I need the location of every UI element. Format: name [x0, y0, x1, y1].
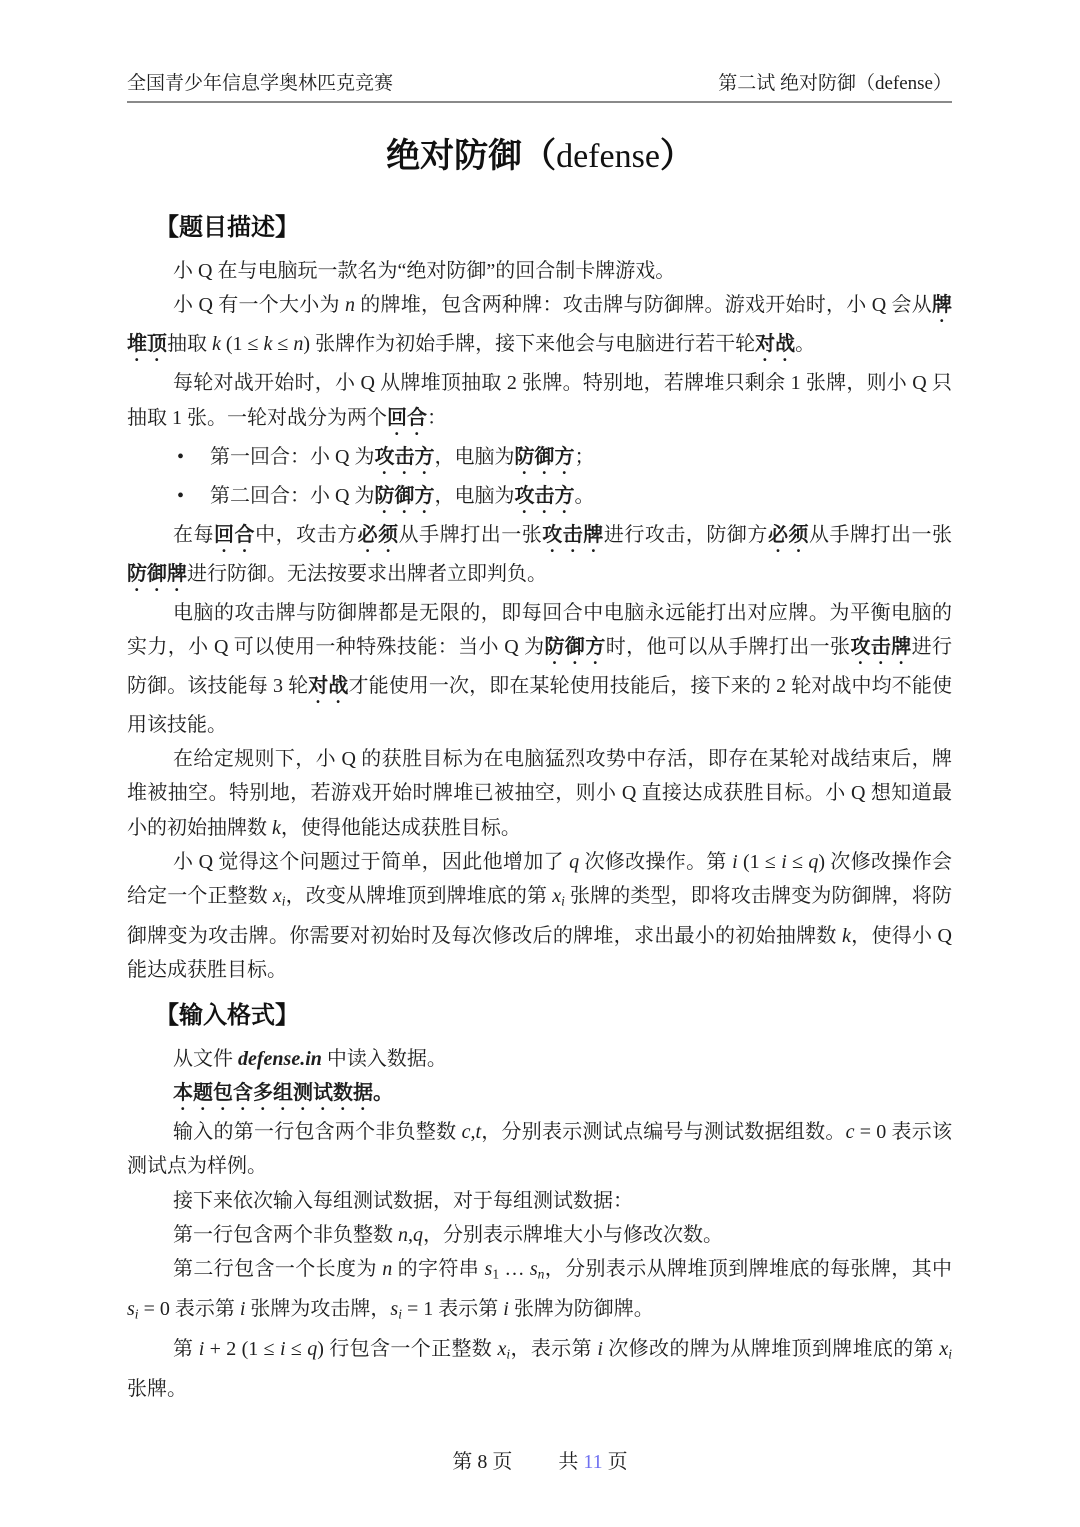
text-run: 防御牌: [127, 563, 187, 585]
text-run: ): [317, 1338, 324, 1360]
text-run: 3: [273, 675, 283, 697]
list-item: •第二回合：小 Q 为防御方，电脑为攻击方。: [127, 479, 952, 518]
text-run: ，分别表示牌堆大小与修改次数。: [423, 1224, 723, 1246]
text-run: ≤: [787, 851, 809, 873]
text-run: ；: [574, 446, 594, 468]
text-run: 回合: [387, 407, 427, 429]
text-run: (1 ≤: [738, 851, 782, 873]
text-run: n: [398, 1224, 408, 1246]
text-run: 对战: [755, 333, 795, 355]
text-run: 输入的第一行包含两个非负整数: [173, 1121, 462, 1143]
text-run: 第二行包含一个长度为: [173, 1258, 382, 1280]
text-run: 2: [507, 372, 517, 394]
document-sections: 【题目描述】小 Q 在与电脑玩一款名为“绝对防御”的回合制卡牌游戏。小 Q 有一…: [127, 212, 952, 1406]
section-heading: 【题目描述】: [127, 212, 952, 244]
text-run: + 2 (1 ≤: [204, 1338, 280, 1360]
text-run: 小 Q 在与电脑玩一款名为“绝对防御”的回合制卡牌游戏。: [173, 260, 675, 282]
footer-page-number: 第 8 页: [452, 1449, 512, 1475]
text-run: 绝对防御（: [386, 137, 556, 175]
text-run: 的牌堆，包含两种牌：攻击牌与防御牌。游戏开始时，小 Q 会从: [355, 294, 932, 316]
text-run: 行包含一个正整数: [324, 1338, 498, 1360]
list-item: •第一回合：小 Q 为攻击方，电脑为防御方；: [127, 440, 952, 479]
text-run: 次修改操作。第: [579, 851, 732, 873]
paragraph: 在给定规则下，小 Q 的获胜目标为在电脑猛烈攻势中存活，即存在某轮对战结束后，牌…: [127, 742, 952, 845]
footer-total-suffix: 页: [603, 1451, 628, 1473]
paragraph: 小 Q 在与电脑玩一款名为“绝对防御”的回合制卡牌游戏。: [127, 254, 952, 288]
document-page: 全国青少年信息学奥林匹克竞赛 第二试 绝对防御（defense） 绝对防御（de…: [0, 0, 1080, 1527]
text-run: ，表示第: [510, 1338, 597, 1360]
section-heading: 【输入格式】: [127, 1000, 952, 1032]
text-run: 回合: [214, 524, 255, 546]
text-run: 次修改的牌为从牌堆顶到牌堆底的第: [603, 1338, 939, 1360]
text-run: 才能使用一次，即在某轮使用技能后，接下来的: [348, 675, 776, 697]
text-run: 第二回合：小 Q 为: [210, 485, 374, 507]
text-run: 第: [173, 1338, 199, 1360]
text-run: 2: [776, 675, 786, 697]
text-run: x: [552, 885, 561, 907]
text-run: k: [272, 817, 281, 839]
text-run: k: [212, 333, 221, 355]
text-run: = 0: [139, 1298, 170, 1320]
text-run: ，电脑为: [434, 485, 514, 507]
text-run: ≤: [272, 333, 293, 355]
text-run: = 1: [402, 1298, 433, 1320]
text-run: 的字符串: [392, 1258, 484, 1280]
text-run: 轮: [283, 675, 308, 697]
text-run: 张。一轮对战分为两个: [182, 407, 387, 429]
text-run: 第一行包含两个非负整数: [173, 1224, 398, 1246]
text-run: q: [569, 851, 579, 873]
text-run: 中读入数据。: [322, 1048, 447, 1070]
text-run: 接下来依次输入每组测试数据，对于每组测试数据：: [173, 1190, 633, 1212]
page-footer: 第 8 页 共 11 页: [0, 1449, 1080, 1475]
paragraph: 输入的第一行包含两个非负整数 c,t，分别表示测试点编号与测试数据组数。c = …: [127, 1115, 952, 1184]
text-run: ）: [660, 137, 694, 175]
text-run: q: [307, 1338, 317, 1360]
text-run: 进行攻击，防御方: [604, 524, 768, 546]
bullet-list: •第一回合：小 Q 为攻击方，电脑为防御方；•第二回合：小 Q 为防御方，电脑为…: [127, 440, 952, 518]
text-run: 表示第: [433, 1298, 503, 1320]
text-run: 在每: [173, 524, 214, 546]
header-left-text: 全国青少年信息学奥林匹克竞赛: [127, 72, 393, 95]
text-run: 攻击方: [514, 485, 574, 507]
text-run: = 0: [855, 1121, 887, 1143]
bullet-icon: •: [177, 479, 184, 513]
text-run: 从文件: [173, 1048, 238, 1070]
text-run: 从手牌打出一张: [399, 524, 543, 546]
text-run: q: [413, 1224, 423, 1246]
text-run: 对战: [308, 675, 348, 697]
text-run: 防御方: [374, 485, 434, 507]
paragraph: 电脑的攻击牌与防御牌都是无限的，即每回合中电脑永远能打出对应牌。为平衡电脑的实力…: [127, 596, 952, 743]
page-header: 全国青少年信息学奥林匹克竞赛 第二试 绝对防御（defense）: [127, 0, 952, 103]
text-run: 攻击方: [374, 446, 434, 468]
text-run: 攻击牌: [542, 524, 604, 546]
text-run: x: [273, 885, 282, 907]
text-run: …: [499, 1258, 530, 1280]
text-run: ：: [427, 407, 447, 429]
text-run: s: [530, 1258, 538, 1280]
text-run: ≤: [286, 1338, 308, 1360]
text-run: 必须: [358, 524, 399, 546]
text-run: defense.in: [238, 1048, 322, 1070]
paragraph: 每轮对战开始时，小 Q 从牌堆顶抽取 2 张牌。特别地，若牌堆只剩余 1 张牌，…: [127, 366, 952, 439]
text-run: 1: [791, 372, 801, 394]
text-run: ，分别表示测试点编号与测试数据组数。: [481, 1121, 846, 1143]
text-run: 进行防御。无法按要求出牌者立即判负。: [187, 563, 547, 585]
text-run: x: [939, 1338, 948, 1360]
bullet-icon: •: [177, 440, 184, 474]
text-run: ，分别表示从牌堆顶到牌堆底的每张牌，其中: [544, 1258, 952, 1280]
text-run: defense: [556, 138, 660, 175]
paragraph: 第 i + 2 (1 ≤ i ≤ q) 行包含一个正整数 xi，表示第 i 次修…: [127, 1332, 952, 1406]
text-run: 。: [795, 333, 815, 355]
text-run: ，电脑为: [434, 446, 514, 468]
text-run: ，使得他能达成获胜目标。: [281, 817, 521, 839]
text-run: 攻击牌: [850, 636, 911, 658]
text-run: n: [293, 333, 303, 355]
text-run: 时，他可以从手牌打出一张: [606, 636, 851, 658]
paragraph: 第二行包含一个长度为 n 的字符串 s1 … sn，分别表示从牌堆顶到牌堆底的每…: [127, 1252, 952, 1332]
text-run: c: [846, 1121, 855, 1143]
text-run: c: [462, 1121, 471, 1143]
text-run: 在给定规则下，小 Q 的获胜目标为在电脑猛烈攻势中存活，即存在某轮对战结束后，牌…: [127, 748, 952, 839]
text-run: 小 Q 觉得这个问题过于简单，因此他增加了: [173, 851, 569, 873]
text-run: i: [948, 1346, 952, 1361]
text-run: 。: [574, 485, 594, 507]
total-pages-link[interactable]: 11: [583, 1451, 602, 1473]
text-run: 张牌。特别地，若牌堆只剩余: [517, 372, 791, 394]
text-run: 1: [172, 407, 182, 429]
text-run: 张牌。: [127, 1378, 187, 1400]
text-run: s: [127, 1298, 135, 1320]
page-title: 绝对防御（defense）: [0, 135, 1080, 178]
text-run: 必须: [768, 524, 809, 546]
footer-total-pages: 共 11 页: [558, 1449, 627, 1475]
text-run: 张牌为攻击牌，: [245, 1298, 390, 1320]
paragraph: 小 Q 觉得这个问题过于简单，因此他增加了 q 次修改操作。第 i (1 ≤ i…: [127, 845, 952, 988]
text-run: 张牌作为初始手牌，接下来他会与电脑进行若干轮: [310, 333, 755, 355]
text-run: 第一回合：小 Q 为: [210, 446, 374, 468]
footer-total-prefix: 共: [558, 1451, 583, 1473]
text-run: q: [808, 851, 818, 873]
text-run: 防御方: [514, 446, 574, 468]
header-right-text: 第二试 绝对防御（defense）: [718, 72, 952, 95]
text-run: 张牌为防御牌。: [509, 1298, 654, 1320]
text-run: n: [382, 1258, 392, 1280]
text-run: 本题包含多组测试数据。: [173, 1082, 393, 1104]
text-run: 中，攻击方: [255, 524, 358, 546]
paragraph: 在每回合中，攻击方必须从手牌打出一张攻击牌进行攻击，防御方必须从手牌打出一张防御…: [127, 518, 952, 596]
text-run: n: [345, 294, 355, 316]
text-run: 小 Q 有一个大小为: [173, 294, 345, 316]
text-run: 从手牌打出一张: [809, 524, 952, 546]
text-run: 每轮对战开始时，小 Q 从牌堆顶抽取: [173, 372, 507, 394]
paragraph: 小 Q 有一个大小为 n 的牌堆，包含两种牌：攻击牌与防御牌。游戏开始时，小 Q…: [127, 288, 952, 366]
text-run: 抽取: [167, 333, 212, 355]
text-run: 防御方: [545, 636, 606, 658]
text-run: (1 ≤: [221, 333, 264, 355]
paragraph: 接下来依次输入每组测试数据，对于每组测试数据：: [127, 1184, 952, 1218]
paragraph: 从文件 defense.in 中读入数据。: [127, 1042, 952, 1076]
paragraph: 第一行包含两个非负整数 n,q，分别表示牌堆大小与修改次数。: [127, 1218, 952, 1252]
paragraph: 本题包含多组测试数据。: [127, 1076, 952, 1115]
text-run: k: [842, 925, 851, 947]
text-run: ，改变从牌堆顶到牌堆底的第: [286, 885, 553, 907]
text-run: 表示第: [170, 1298, 240, 1320]
